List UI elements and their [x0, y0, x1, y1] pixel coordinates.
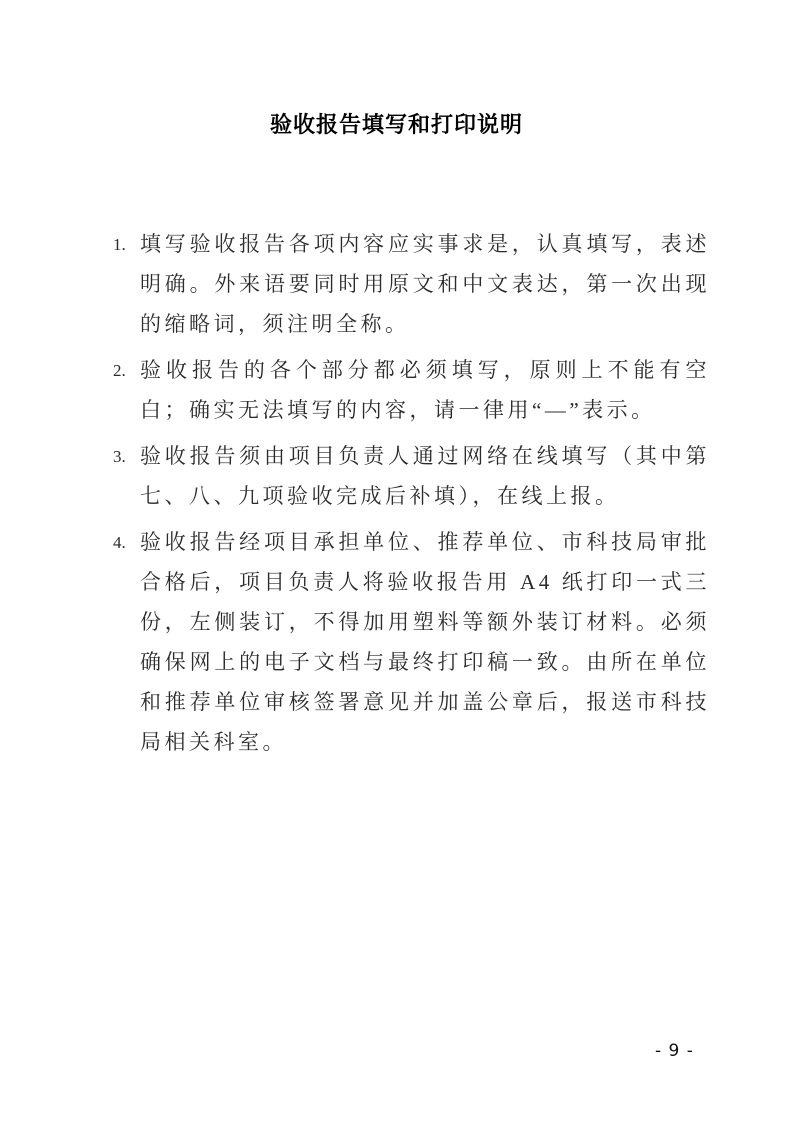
page-number: - 9 - [655, 1041, 694, 1061]
item-number: 4. [113, 523, 126, 563]
item-number: 3. [113, 437, 126, 477]
item-text: 验收报告经项目承担单位、推荐单位、市科技局审批合格后，项目负责人将验收报告用 A… [140, 530, 710, 754]
item-text: 验收报告须由项目负责人通过网络在线填写（其中第七、八、九项验收完成后补填），在线… [140, 444, 710, 508]
instruction-item-3: 3. 验收报告须由项目负责人通过网络在线填写（其中第七、八、九项验收完成后补填）… [113, 436, 710, 516]
instruction-list: 1. 填写验收报告各项内容应实事求是，认真填写，表述明确。外来语要同时用原文和中… [113, 224, 710, 768]
item-number: 1. [113, 225, 126, 265]
document-title: 验收报告填写和打印说明 [0, 108, 793, 139]
item-text: 填写验收报告各项内容应实事求是，认真填写，表述明确。外来语要同时用原文和中文表达… [140, 232, 710, 336]
item-text: 验收报告的各个部分都必须填写，原则上不能有空白；确实无法填写的内容，请一律用“—… [140, 358, 710, 422]
document-page: 验收报告填写和打印说明 1. 填写验收报告各项内容应实事求是，认真填写，表述明确… [0, 0, 793, 1122]
item-number: 2. [113, 351, 126, 391]
instruction-item-1: 1. 填写验收报告各项内容应实事求是，认真填写，表述明确。外来语要同时用原文和中… [113, 224, 710, 344]
instruction-item-4: 4. 验收报告经项目承担单位、推荐单位、市科技局审批合格后，项目负责人将验收报告… [113, 522, 710, 762]
instruction-item-2: 2. 验收报告的各个部分都必须填写，原则上不能有空白；确实无法填写的内容，请一律… [113, 350, 710, 430]
